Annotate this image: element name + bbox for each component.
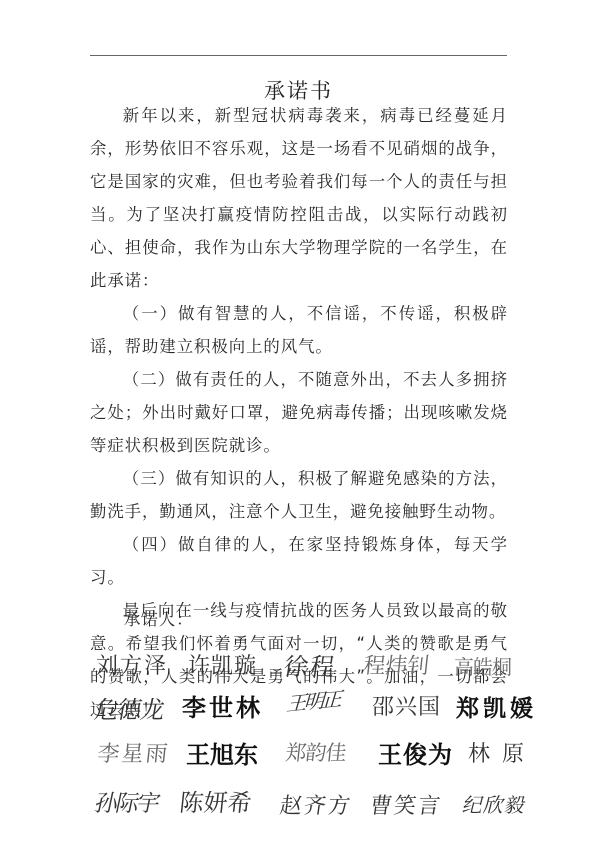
document-body: 新年以来，新型冠状病毒袭来，病毒已经蔓延月余，形势依旧不容乐观，这是一场看不见硝… (90, 99, 508, 726)
signature: 徐程 (282, 647, 339, 682)
signer-label: 承诺人： (124, 606, 194, 630)
signature: 刘方泽 (96, 649, 168, 680)
paragraph-intro: 新年以来，新型冠状病毒袭来，病毒已经蔓延月余，形势依旧不容乐观，这是一场看不见硝… (90, 99, 508, 297)
document-page: 承诺书 新年以来，新型冠状病毒袭来，病毒已经蔓延月余，形势依旧不容乐观，这是一场… (0, 0, 597, 845)
signature: 李星雨 (96, 737, 171, 768)
signature: 王俊为 (378, 735, 453, 770)
signature: 纪欣毅 (460, 789, 530, 818)
signature: 林原 (468, 737, 536, 768)
paragraph-pledge-1: （一）做有智慧的人，不信谣，不传谣，积极辟谣，帮助建立积极向上的风气。 (90, 297, 508, 363)
paragraph-pledge-3: （三）做有知识的人，积极了解避免感染的方法，勤洗手，勤通风，注意个人卫生，避免接… (90, 462, 508, 528)
signature-row-2: 危德龙 李世林 王明正 邵兴国 郑凯媛 (92, 686, 562, 730)
signature: 李世林 (182, 688, 263, 723)
signature: 王旭东 (186, 735, 258, 770)
signature: 危德龙 (92, 690, 167, 725)
signature: 郑凯媛 (456, 690, 537, 723)
signature: 郑韵佳 (284, 737, 347, 767)
signature: 高皓桐 (454, 651, 511, 680)
signature: 陈妍希 (178, 783, 254, 818)
signature: 曹笑言 (368, 789, 444, 820)
signature-row-1: 刘方泽 许凯璇 徐程 程炜钊 高皓桐 (92, 645, 562, 689)
signature: 许凯璇 (188, 649, 257, 680)
header-rule (90, 55, 507, 56)
paragraph-pledge-4: （四）做自律的人，在家坚持锻炼身体，每天学习。 (90, 528, 508, 594)
signature: 赵齐方 (278, 789, 354, 820)
signature: 程炜钊 (362, 649, 431, 680)
signature: 孙际宇 (92, 785, 162, 818)
signature-row-4: 孙际宇 陈妍希 赵齐方 曹笑言 纪欣毅 (92, 781, 562, 825)
signature: 邵兴国 (372, 690, 441, 721)
paragraph-pledge-2: （二）做有责任的人，不随意外出，不去人多拥挤之处；外出时戴好口罩，避免病毒传播；… (90, 363, 508, 462)
signature-row-3: 李星雨 王旭东 郑韵佳 王俊为 林原 (92, 733, 562, 777)
signature: 王明正 (284, 683, 345, 717)
